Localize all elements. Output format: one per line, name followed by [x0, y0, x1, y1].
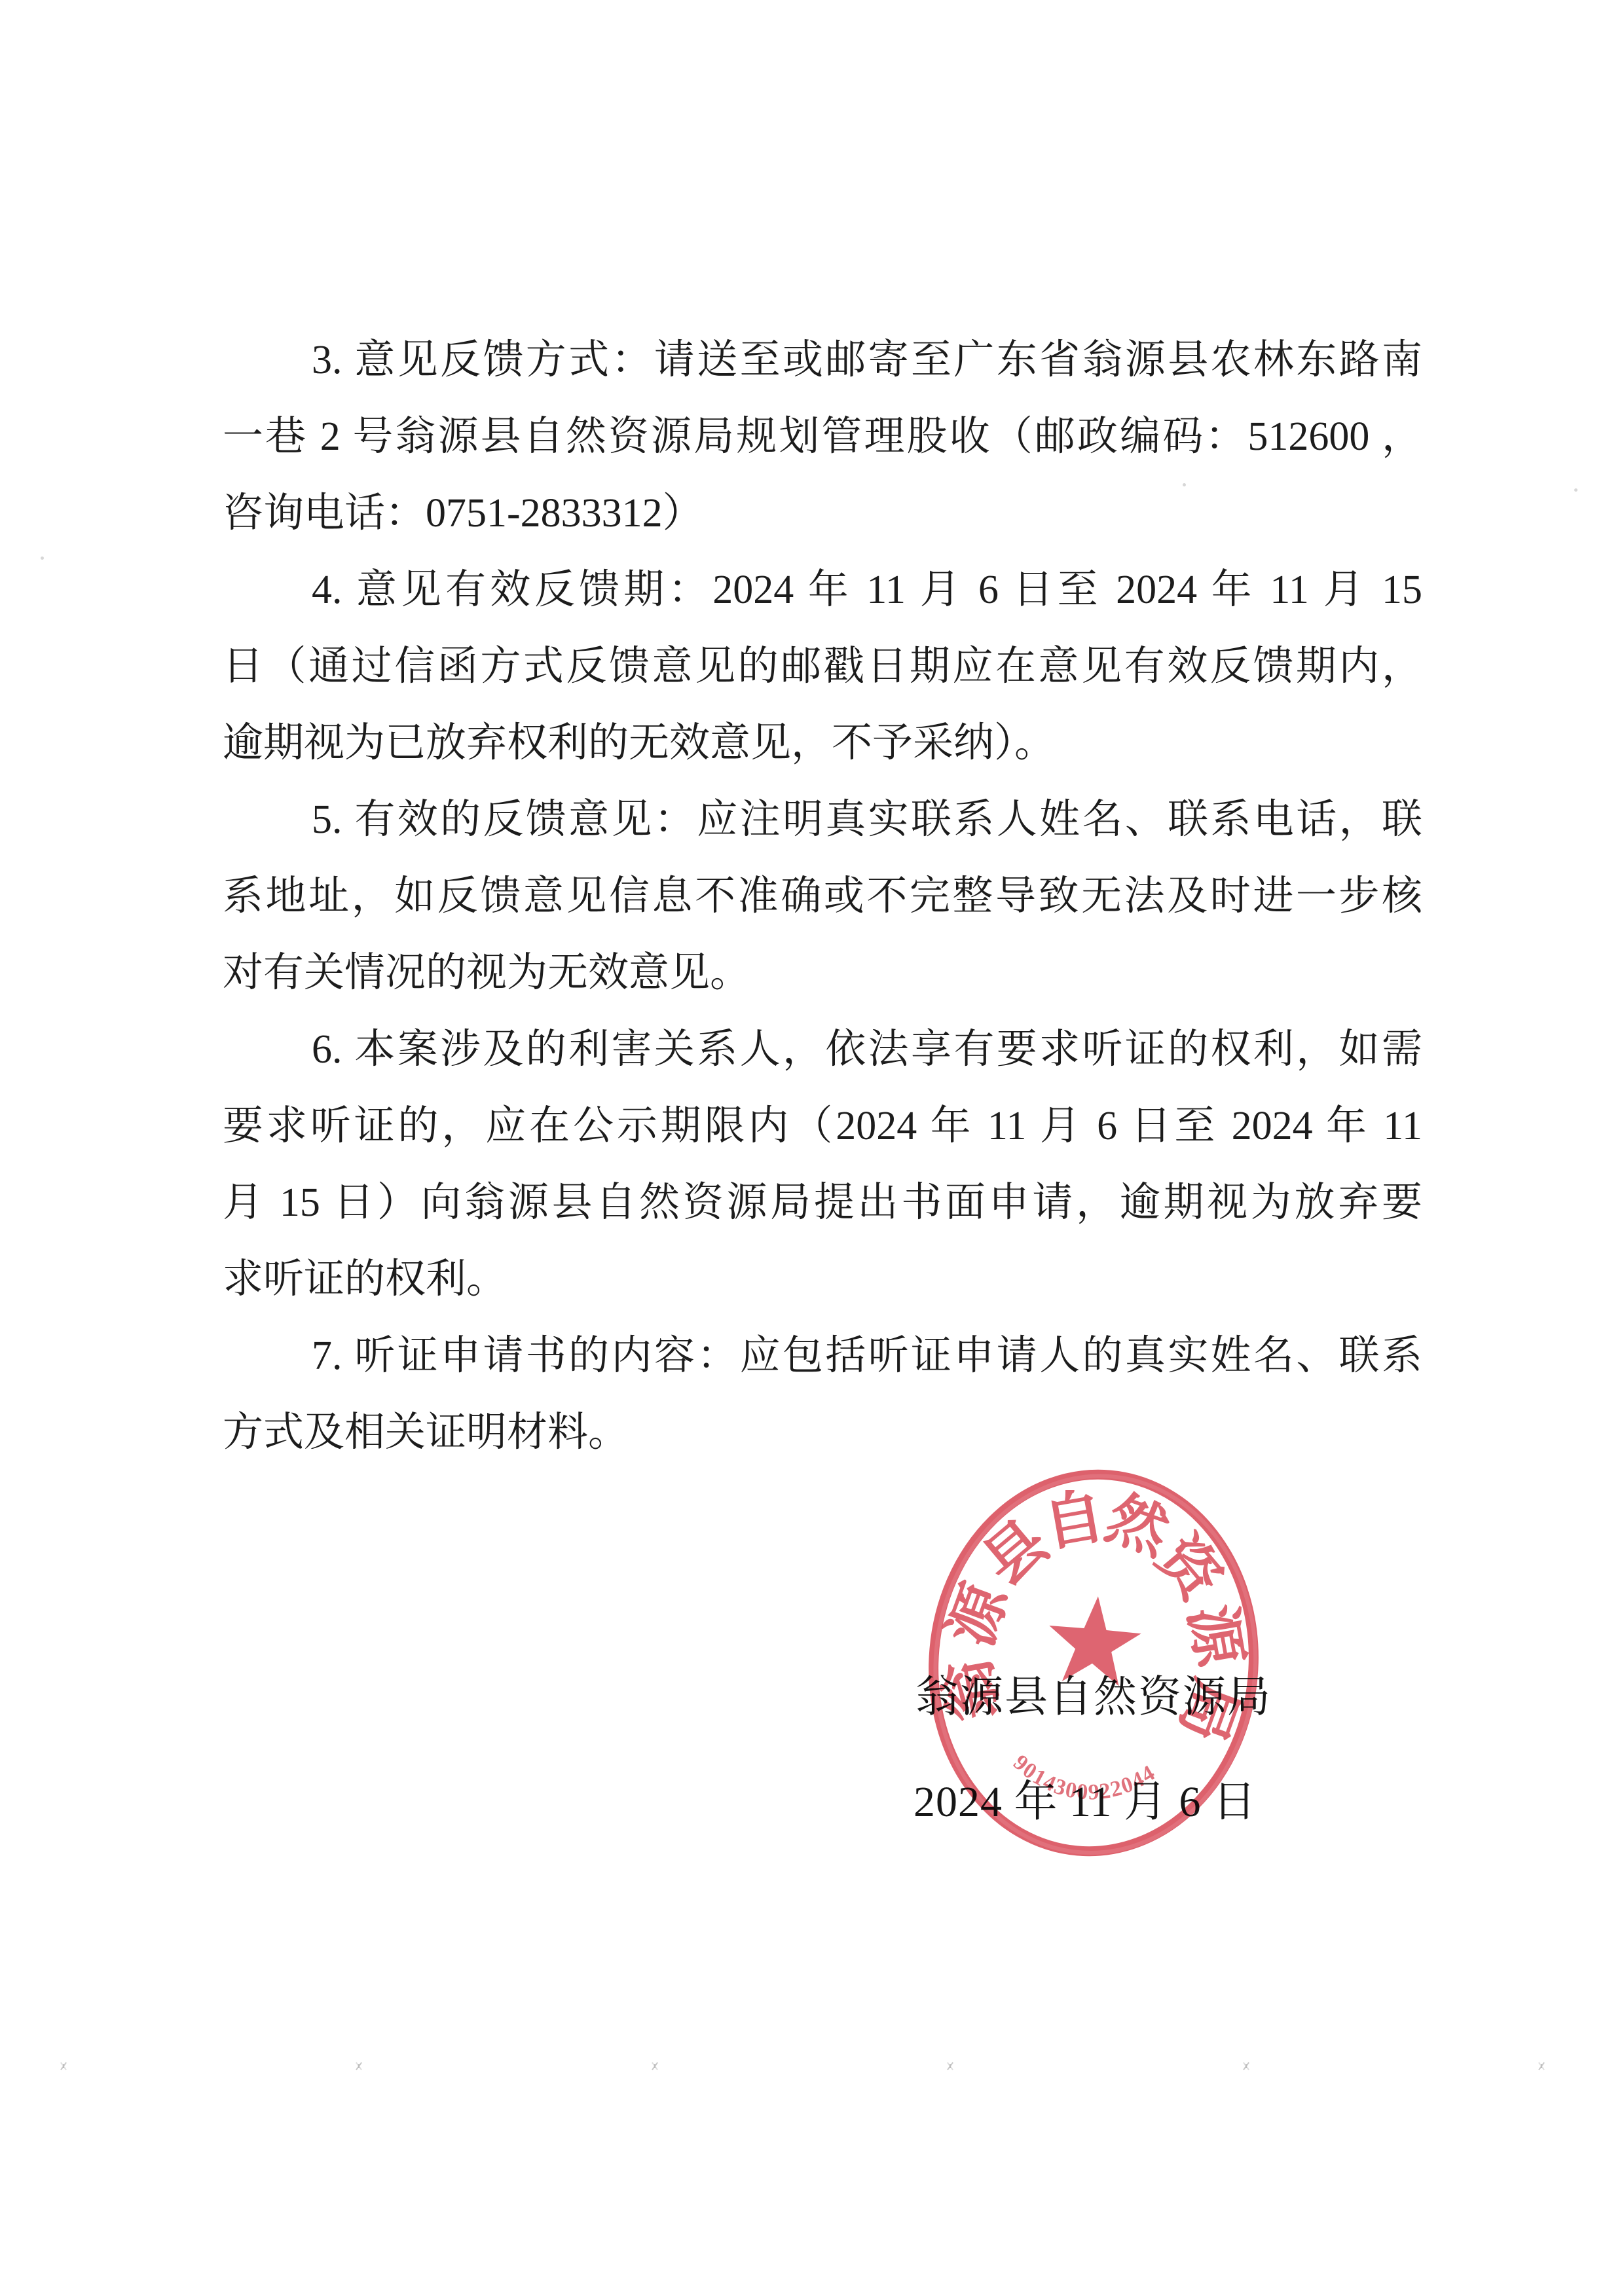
scan-artifact: [1242, 2061, 1251, 2071]
scan-speck: [1574, 488, 1578, 492]
notice-body: 3. 意见反馈方式：请送至或邮寄至广东省翁源县农林东路南 一巷 2 号翁源县自然…: [223, 322, 1422, 1471]
body-line: 日（通过信函方式反馈意见的邮戳日期应在意见有效反馈期内，: [223, 629, 1422, 705]
body-line: 逾期视为已放弃权利的无效意见，不予采纳）。: [223, 705, 1422, 782]
body-line: 求听证的权利。: [223, 1241, 1422, 1318]
seal-star-icon: [1044, 1592, 1144, 1688]
scan-artifact: [650, 2061, 659, 2071]
body-line: 对有关情况的视为无效意见。: [223, 935, 1422, 1011]
body-line: 要求听证的，应在公示期限内（2024 年 11 月 6 日至 2024 年 11: [223, 1088, 1422, 1165]
scan-speck: [41, 556, 44, 560]
seal-code-arc: 4402290034109: [1006, 1749, 1160, 1811]
scan-artifact: [946, 2061, 955, 2071]
svg-text:源: 源: [1177, 1600, 1254, 1672]
body-line: 一巷 2 号翁源县自然资源局规划管理股收（邮政编码：512600 ，: [223, 399, 1422, 475]
body-line: 系地址，如反馈意见信息不准确或不完整导致无法及时进一步核: [223, 858, 1422, 935]
body-line: 7. 听证申请书的内容：应包括听证申请人的真实姓名、联系: [223, 1318, 1422, 1394]
body-line: 3. 意见反馈方式：请送至或邮寄至广东省翁源县农林东路南: [223, 322, 1422, 399]
body-line: 咨询电话：0751-2833312）: [223, 475, 1422, 552]
body-line: 月 15 日）向翁源县自然资源局提出书面申请，逾期视为放弃要: [223, 1165, 1422, 1241]
scan-artifact: [59, 2061, 68, 2071]
scan-speck: [1183, 483, 1186, 486]
body-line: 6. 本案涉及的利害关系人，依法享有要求听证的权利，如需: [223, 1011, 1422, 1088]
body-line: 5. 有效的反馈意见：应注明真实联系人姓名、联系电话，联: [223, 782, 1422, 858]
body-line: 4. 意见有效反馈期：2024 年 11 月 6 日至 2024 年 11 月 …: [223, 552, 1422, 629]
svg-text:9: 9: [1088, 1780, 1099, 1804]
scanned-notice-page: 3. 意见反馈方式：请送至或邮寄至广东省翁源县农林东路南 一巷 2 号翁源县自然…: [0, 0, 1624, 2296]
scan-speck: [1287, 826, 1291, 829]
official-seal: 翁源县自然资源局 4402290034109: [909, 1448, 1278, 1875]
scan-artifact: [1537, 2061, 1546, 2071]
scan-artifact: [354, 2061, 363, 2071]
svg-text:翁: 翁: [934, 1654, 1010, 1725]
